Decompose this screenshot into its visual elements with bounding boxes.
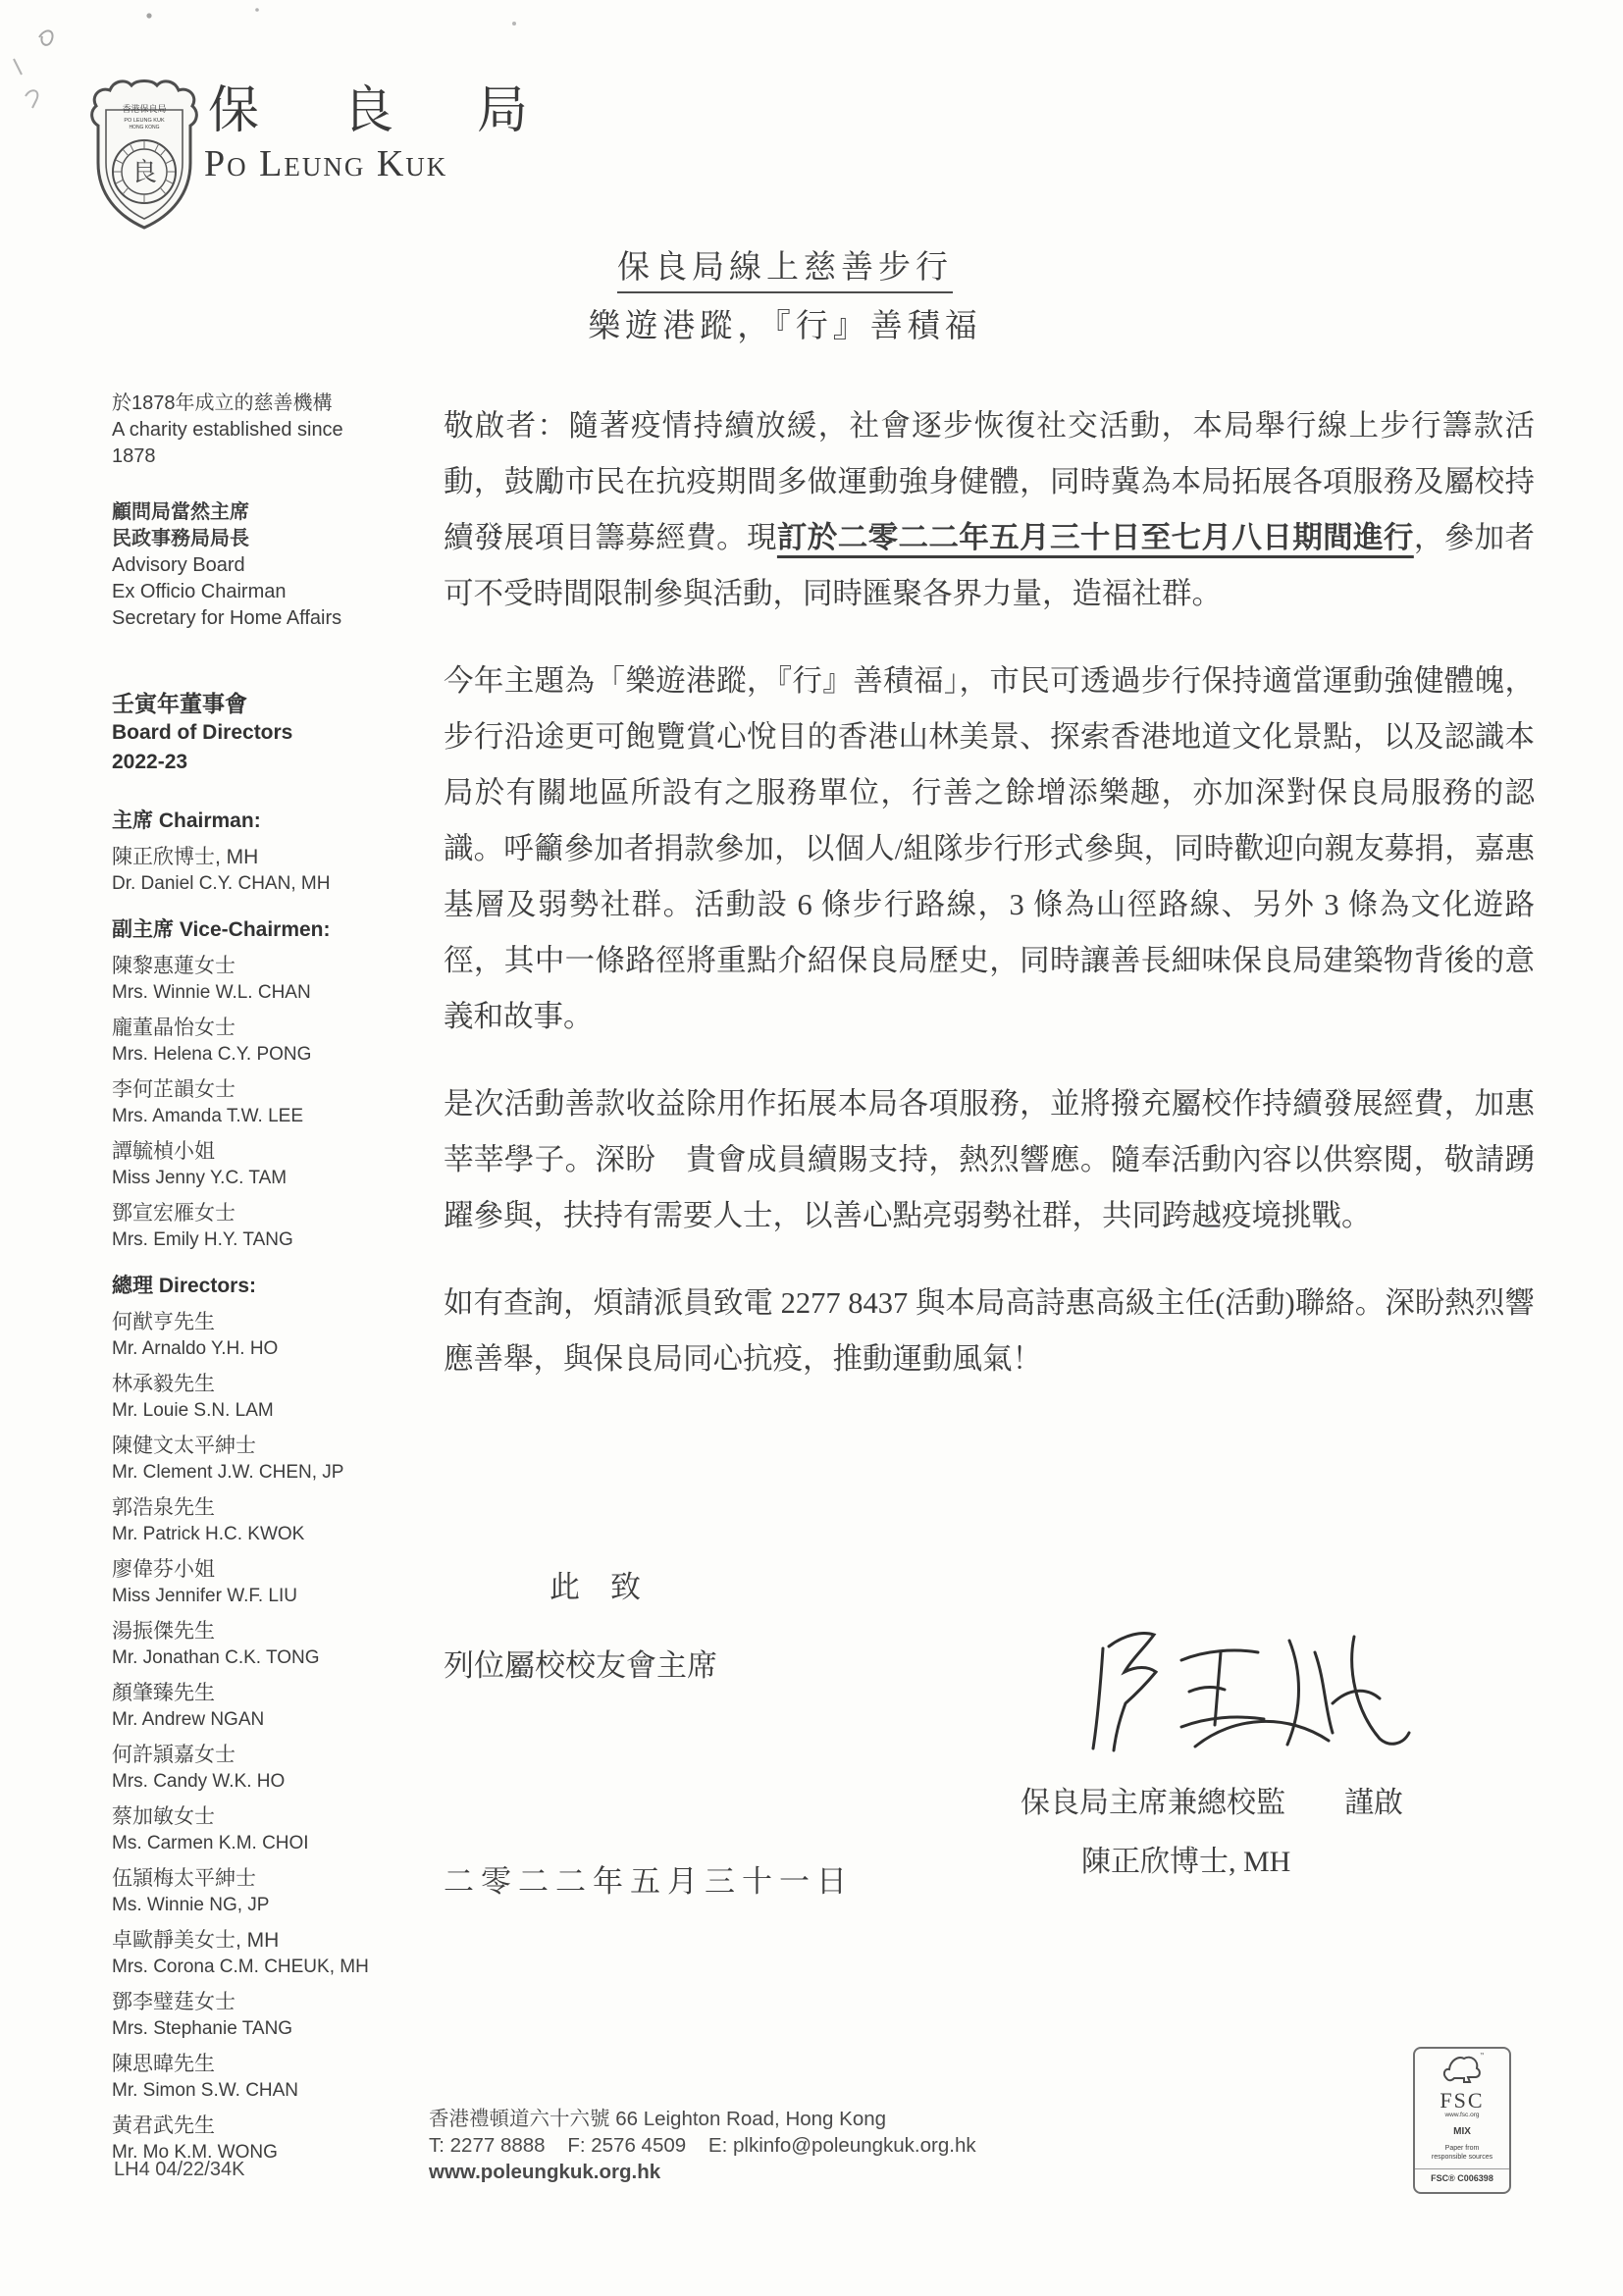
member-name-en: Mrs. Candy W.K. HO xyxy=(112,1769,375,1794)
advisory-en1: Advisory Board xyxy=(112,552,375,579)
board-member: 陳正欣博士, MHDr. Daniel C.Y. CHAN, MH xyxy=(112,843,375,896)
letter-title: 保良局線上慈善步行 樂遊港蹤，『行』善積福 xyxy=(471,241,1099,346)
member-name-zh: 廖偉芬小姐 xyxy=(112,1555,375,1584)
member-name-en: Dr. Daniel C.Y. CHAN, MH xyxy=(112,871,375,896)
member-name-en: Mr. Simon S.W. CHAN xyxy=(112,2078,375,2103)
board-member: 陳健文太平紳士Mr. Clement J.W. CHEN, JP xyxy=(112,1432,375,1485)
member-name-zh: 伍頴梅太平紳士 xyxy=(112,1864,375,1893)
fsc-mix-label: MIX xyxy=(1453,2127,1471,2137)
board-member: 廖偉芬小姐Miss Jennifer W.F. LIU xyxy=(112,1555,375,1608)
reference-code: LH4 04/22/34K xyxy=(114,2159,244,2181)
board-member: 林承毅先生Mr. Louie S.N. LAM xyxy=(112,1370,375,1423)
advisory-zh1: 顧問局當然主席 xyxy=(112,499,375,526)
fsc-tree-icon: ™ xyxy=(1440,2049,1484,2088)
member-name-zh: 蔡加敏女士 xyxy=(112,1802,375,1831)
advisory-en2: Ex Officio Chairman xyxy=(112,579,375,605)
board-year-zh: 壬寅年董事會 xyxy=(112,689,375,718)
vice-chairmen-list: 陳黎惠蓮女士Mrs. Winnie W.L. CHAN龐董晶怡女士Mrs. He… xyxy=(112,952,375,1252)
fsc-desc-line2: responsible sources xyxy=(1432,2153,1492,2162)
board-member: 卓歐靜美女士, MHMrs. Corona C.M. CHEUK, MH xyxy=(112,1926,375,1979)
chairman-heading: 主席 Chairman: xyxy=(112,807,375,835)
member-name-zh: 譚毓楨小姐 xyxy=(112,1137,375,1166)
member-name-zh: 郭浩泉先生 xyxy=(112,1493,375,1522)
fsc-certification-mark: ™ FSC www.fsc.org MIX Paper from respons… xyxy=(1413,2047,1511,2194)
board-member: 顏肇臻先生Mr. Andrew NGAN xyxy=(112,1679,375,1732)
org-name-english: Po Leung Kuk xyxy=(204,145,447,183)
svg-text:香港保良局: 香港保良局 xyxy=(122,103,166,114)
member-name-zh: 林承毅先生 xyxy=(112,1370,375,1398)
signoff-title: 保良局主席兼總校監 謹啟 xyxy=(1021,1778,1403,1821)
member-name-en: Mr. Louie S.N. LAM xyxy=(112,1398,375,1423)
paragraph-2: 今年主題為「樂遊港蹤，『行』善積福」，市民可透過步行保持適當運動強健體魄，步行沿… xyxy=(444,653,1535,1045)
board-member: 蔡加敏女士Ms. Carmen K.M. CHOI xyxy=(112,1802,375,1855)
fsc-desc-line1: Paper from xyxy=(1432,2144,1492,2153)
scanned-letter-page: 香港保良局 PO LEUNG KUK HONG KONG 良 保 良 局 Po … xyxy=(0,0,1623,2296)
footer-phone-fax-email: T: 2277 8888 F: 2576 4509 E: plkinfo@pol… xyxy=(429,2132,976,2159)
paragraph-4: 如有查詢，煩請派員致電 2277 8437 與本局高詩惠高級主任(活動)聯絡。深… xyxy=(444,1276,1535,1387)
board-member: 龐董晶怡女士Mrs. Helena C.Y. PONG xyxy=(112,1014,375,1067)
board-member: 黃君武先生Mr. Mo K.M. WONG xyxy=(112,2112,375,2165)
board-member: 湯振傑先生Mr. Jonathan C.K. TONG xyxy=(112,1617,375,1670)
member-name-zh: 顏肇臻先生 xyxy=(112,1679,375,1707)
directors-list: 何猷亨先生Mr. Arnaldo Y.H. HO林承毅先生Mr. Louie S… xyxy=(112,1308,375,2165)
member-name-zh: 陳思暐先生 xyxy=(112,2050,375,2078)
member-name-en: Mr. Clement J.W. CHEN, JP xyxy=(112,1460,375,1485)
svg-text:良: 良 xyxy=(131,158,157,186)
member-name-zh: 龐董晶怡女士 xyxy=(112,1014,375,1042)
established-zh: 於1878年成立的慈善機構 xyxy=(112,391,375,417)
member-name-en: Ms. Carmen K.M. CHOI xyxy=(112,1831,375,1855)
member-name-en: Mrs. Corona C.M. CHEUK, MH xyxy=(112,1955,375,1979)
member-name-zh: 陳正欣博士, MH xyxy=(112,843,375,871)
board-member: 李何芷韻女士Mrs. Amanda T.W. LEE xyxy=(112,1075,375,1128)
member-name-zh: 何猷亨先生 xyxy=(112,1308,375,1336)
member-name-zh: 黃君武先生 xyxy=(112,2112,375,2140)
member-name-en: Miss Jennifer W.F. LIU xyxy=(112,1584,375,1608)
board-member: 陳思暐先生Mr. Simon S.W. CHAN xyxy=(112,2050,375,2103)
board-member: 譚毓楨小姐Miss Jenny Y.C. TAM xyxy=(112,1137,375,1190)
board-title-en: Board of Directors xyxy=(112,718,375,748)
board-member: 何猷亨先生Mr. Arnaldo Y.H. HO xyxy=(112,1308,375,1361)
board-member: 郭浩泉先生Mr. Patrick H.C. KWOK xyxy=(112,1493,375,1546)
salutation: 此 致 xyxy=(550,1562,641,1606)
chairman-list: 陳正欣博士, MHDr. Daniel C.Y. CHAN, MH xyxy=(112,843,375,896)
member-name-zh: 何許頴嘉女士 xyxy=(112,1741,375,1769)
letter-date: 二零二二年五月三十一日 xyxy=(444,1856,854,1901)
member-name-en: Mrs. Helena C.Y. PONG xyxy=(112,1042,375,1067)
fsc-title: FSC xyxy=(1440,2090,1484,2112)
member-name-zh: 卓歐靜美女士, MH xyxy=(112,1926,375,1955)
member-name-en: Mrs. Amanda T.W. LEE xyxy=(112,1104,375,1128)
board-member: 何許頴嘉女士Mrs. Candy W.K. HO xyxy=(112,1741,375,1794)
vice-chairmen-heading: 副主席 Vice-Chairmen: xyxy=(112,915,375,944)
letter-title-line1: 保良局線上慈善步行 xyxy=(617,241,953,293)
org-name-chinese: 保 良 局 xyxy=(208,86,563,137)
advisory-en3: Secretary for Home Affairs xyxy=(112,605,375,632)
recipient-line: 列位屬校校友會主席 xyxy=(444,1641,717,1685)
board-member: 伍頴梅太平紳士Ms. Winnie NG, JP xyxy=(112,1864,375,1917)
footer-website: www.poleungkuk.org.hk xyxy=(429,2159,976,2185)
member-name-en: Mr. Arnaldo Y.H. HO xyxy=(112,1336,375,1361)
member-name-zh: 鄧宣宏雁女士 xyxy=(112,1199,375,1227)
p1-emphasized-dates: 訂於二零二二年五月三十日至七月八日期間進行 xyxy=(777,521,1414,554)
member-name-zh: 陳黎惠蓮女士 xyxy=(112,952,375,980)
board-member: 鄧李璧莛女士Mrs. Stephanie TANG xyxy=(112,1988,375,2041)
po-leung-kuk-logo: 香港保良局 PO LEUNG KUK HONG KONG 良 xyxy=(84,77,204,234)
directors-heading: 總理 Directors: xyxy=(112,1272,375,1300)
board-member: 陳黎惠蓮女士Mrs. Winnie W.L. CHAN xyxy=(112,952,375,1005)
fsc-url: www.fsc.org xyxy=(1444,2112,1479,2119)
member-name-en: Ms. Winnie NG, JP xyxy=(112,1893,375,1917)
member-name-en: Mr. Patrick H.C. KWOK xyxy=(112,1522,375,1546)
advisory-zh2: 民政事務局局長 xyxy=(112,526,375,552)
handwritten-signature xyxy=(1079,1607,1442,1779)
member-name-zh: 鄧李璧莛女士 xyxy=(112,1988,375,2016)
established-en: A charity established since 1878 xyxy=(112,417,375,470)
member-name-en: Mr. Andrew NGAN xyxy=(112,1707,375,1732)
footer-address: 香港禮頓道六十六號 66 Leighton Road, Hong Kong xyxy=(429,2106,976,2132)
letter-title-line2: 樂遊港蹤，『行』善積福 xyxy=(471,300,1099,346)
board-term: 2022-23 xyxy=(112,748,375,777)
fsc-description: Paper from responsible sources xyxy=(1432,2144,1492,2162)
member-name-en: Mrs. Winnie W.L. CHAN xyxy=(112,980,375,1005)
member-name-en: Miss Jenny Y.C. TAM xyxy=(112,1166,375,1190)
member-name-en: Mrs. Stephanie TANG xyxy=(112,2016,375,2041)
signoff-name: 陳正欣博士, MH xyxy=(1081,1837,1403,1880)
member-name-zh: 湯振傑先生 xyxy=(112,1617,375,1645)
member-name-zh: 陳健文太平紳士 xyxy=(112,1432,375,1460)
member-name-zh: 李何芷韻女士 xyxy=(112,1075,375,1104)
svg-text:™: ™ xyxy=(1480,2052,1484,2059)
board-member: 鄧宣宏雁女士Mrs. Emily H.Y. TANG xyxy=(112,1199,375,1252)
letter-body: 敬啟者：隨著疫情持續放緩，社會逐步恢復社交活動，本局舉行線上步行籌款活動，鼓勵市… xyxy=(444,398,1535,1419)
member-name-en: Mr. Jonathan C.K. TONG xyxy=(112,1645,375,1670)
footer-contact-block: 香港禮頓道六十六號 66 Leighton Road, Hong Kong T:… xyxy=(429,2106,976,2185)
svg-text:PO LEUNG KUK: PO LEUNG KUK xyxy=(124,118,165,124)
svg-text:HONG KONG: HONG KONG xyxy=(129,125,159,130)
member-name-en: Mrs. Emily H.Y. TANG xyxy=(112,1227,375,1252)
signoff-block: 保良局主席兼總校監 謹啟 陳正欣博士, MH xyxy=(1021,1778,1403,1880)
paragraph-3: 是次活動善款收益除用作拓展本局各項服務，並將撥充屬校作持續發展經費，加惠莘莘學子… xyxy=(444,1076,1535,1244)
letterhead-sidebar: 於1878年成立的慈善機構 A charity established sinc… xyxy=(112,391,375,2173)
paragraph-1: 敬啟者：隨著疫情持續放緩，社會逐步恢復社交活動，本局舉行線上步行籌款活動，鼓勵市… xyxy=(444,398,1535,622)
fsc-licence-code: FSC® C006398 xyxy=(1415,2168,1509,2183)
